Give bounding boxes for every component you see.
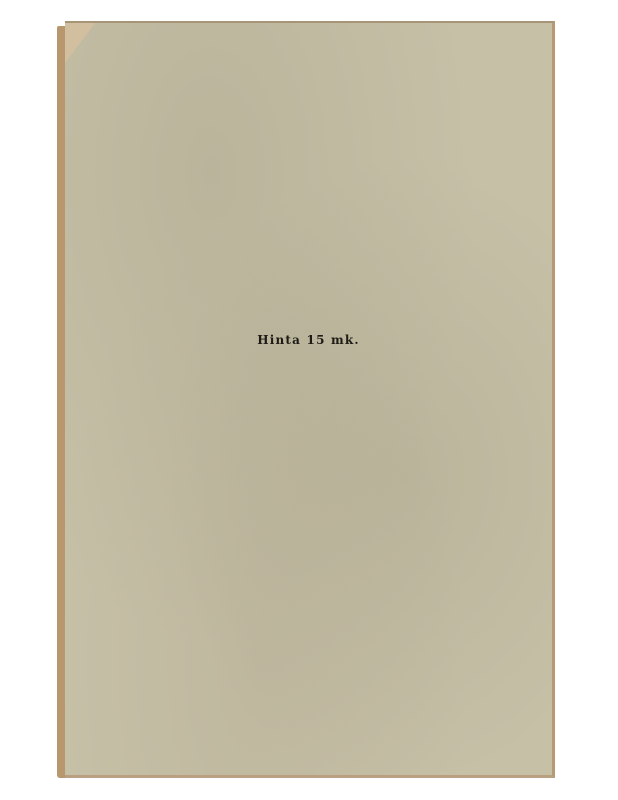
price-label: Hinta 15 mk. (65, 333, 552, 347)
book-back-cover: Hinta 15 mk. (65, 21, 555, 778)
worn-corner (65, 23, 95, 63)
